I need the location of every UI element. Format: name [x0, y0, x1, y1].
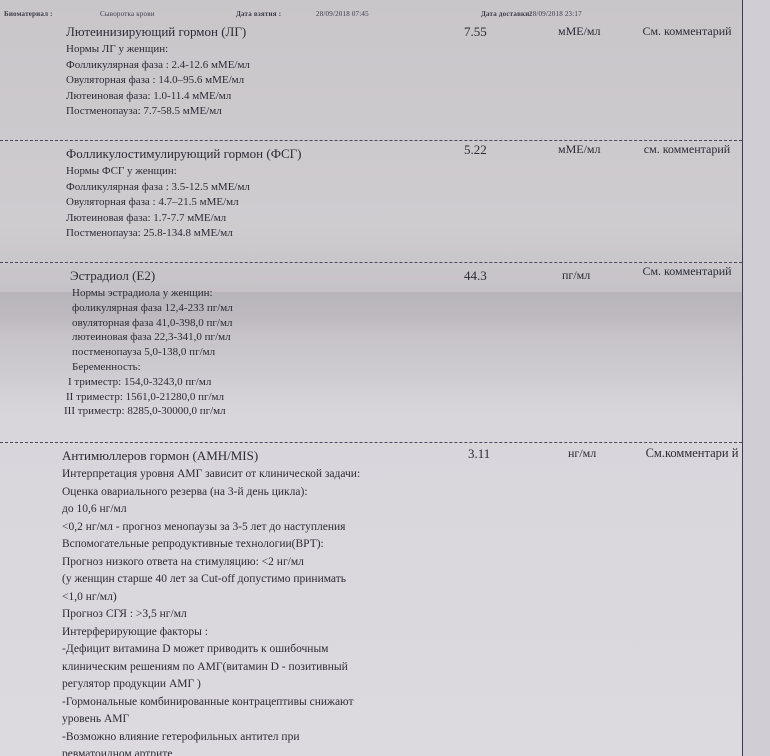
test-name: Эстрадиол (E2): [70, 268, 155, 284]
note-line: постменопауза 5,0-138,0 пг/мл: [72, 345, 233, 360]
note-line: Оценка овариального резерва (на 3-й день…: [62, 484, 360, 502]
collection-date-value: 28/09/2018 07:45: [316, 10, 369, 18]
note-line: Овуляторная фаза : 4.7–21.5 мМЕ/мл: [66, 195, 250, 211]
note-line: уровень АМГ: [62, 711, 360, 729]
result-value: 44.3: [464, 268, 487, 284]
note-line: Постменопауза: 7.7-58.5 мМЕ/мл: [66, 104, 250, 120]
note-line: Нормы эстрадиола у женщин:: [72, 286, 233, 301]
note-line: Лютеиновая фаза: 1.0-11.4 мМЕ/мл: [66, 89, 250, 105]
test-name: Фолликулостимулирующий гормон (ФСГ): [66, 146, 302, 162]
collection-date-label: Дата взятия :: [236, 10, 281, 18]
note-line: Овуляторная фаза : 14.0–95.6 мМЕ/мл: [66, 73, 250, 89]
note-line: -Дефицит витамина D может приводить к ош…: [62, 641, 360, 659]
note-line: клиническим решениям по АМГ(витамин D - …: [62, 659, 360, 677]
biomaterial-value: Сыворотка крови: [100, 10, 155, 18]
section-divider: [0, 140, 742, 141]
section-divider: [0, 262, 742, 263]
note-line: I триместр: 154,0-3243,0 пг/мл: [68, 375, 233, 390]
reference-notes: Нормы ФСГ у женщин: Фолликулярная фаза :…: [66, 164, 250, 242]
note-line: Интерферирующие факторы :: [62, 624, 360, 642]
note-line: овуляторная фаза 41,0-398,0 пг/мл: [72, 316, 233, 331]
biomaterial-label: Биоматериал :: [4, 10, 53, 18]
test-name: Лютеинизирующий гормон (ЛГ): [66, 24, 246, 40]
note-line: Интерпретация уровня АМГ зависит от клин…: [62, 466, 360, 484]
note-line: лютеиновая фаза 22,3-341,0 пг/мл: [72, 330, 233, 345]
result-comment: см. комментарий: [632, 142, 742, 157]
note-line: Фолликулярная фаза : 2.4-12.6 мМЕ/мл: [66, 58, 250, 74]
note-line: -Гормональные комбинированные контрацепт…: [62, 694, 360, 712]
note-line: ревматоидном артрите: [62, 746, 360, 756]
result-comment: См.комментари й: [640, 446, 744, 461]
result-unit: мМЕ/мл: [558, 24, 601, 39]
result-value: 7.55: [464, 24, 487, 40]
note-line: -Возможно влияние гетерофильных антител …: [62, 729, 360, 747]
note-line: Лютеиновая фаза: 1.7-7.7 мМЕ/мл: [66, 211, 250, 227]
note-line: II триместр: 1561,0-21280,0 пг/мл: [66, 390, 233, 405]
result-value: 5.22: [464, 142, 487, 158]
result-unit: пг/мл: [562, 268, 590, 283]
result-unit: мМЕ/мл: [558, 142, 601, 157]
note-line: Постменопауза: 25.8-134.8 мМЕ/мл: [66, 226, 250, 242]
paper-edge: [742, 0, 770, 756]
note-line: III триместр: 8285,0-30000,0 пг/мл: [64, 404, 233, 419]
reference-notes: Интерпретация уровня АМГ зависит от клин…: [62, 466, 360, 756]
note-line: до 10,6 нг/мл: [62, 501, 360, 519]
note-line: регулятор продукции АМГ ): [62, 676, 360, 694]
note-line: фоликулярная фаза 12,4-233 пг/мл: [72, 301, 233, 316]
reference-notes: Нормы ЛГ у женщин: Фолликулярная фаза : …: [66, 42, 250, 120]
note-line: Нормы ФСГ у женщин:: [66, 164, 250, 180]
note-line: Нормы ЛГ у женщин:: [66, 42, 250, 58]
test-name: Антимюллеров гормон (AMH/MIS): [62, 448, 258, 464]
result-comment: См. комментарий: [632, 24, 742, 39]
result-unit: нг/мл: [568, 446, 596, 461]
note-line: (у женщин старше 40 лет за Cut-off допус…: [62, 571, 360, 589]
delivery-date-label: Дата доставки:: [481, 10, 532, 18]
result-value: 3.11: [468, 446, 490, 462]
note-line: Прогноз низкого ответа на стимуляцию: <2…: [62, 554, 360, 572]
result-comment: См. комментарий: [632, 264, 742, 279]
note-line: Фолликулярная фаза : 3.5-12.5 мМЕ/мл: [66, 180, 250, 196]
note-line: Беременность:: [72, 360, 233, 375]
note-line: <1,0 нг/мл): [62, 589, 360, 607]
section-divider: [0, 442, 742, 443]
note-line: Вспомогательные репродуктивные технологи…: [62, 536, 360, 554]
note-line: <0,2 нг/мл - прогноз менопаузы за 3-5 ле…: [62, 519, 360, 537]
note-line: Прогноз СГЯ : >3,5 нг/мл: [62, 606, 360, 624]
reference-notes: Нормы эстрадиола у женщин: фоликулярная …: [72, 286, 233, 419]
delivery-date-value: 28/09/2018 23:17: [529, 10, 582, 18]
